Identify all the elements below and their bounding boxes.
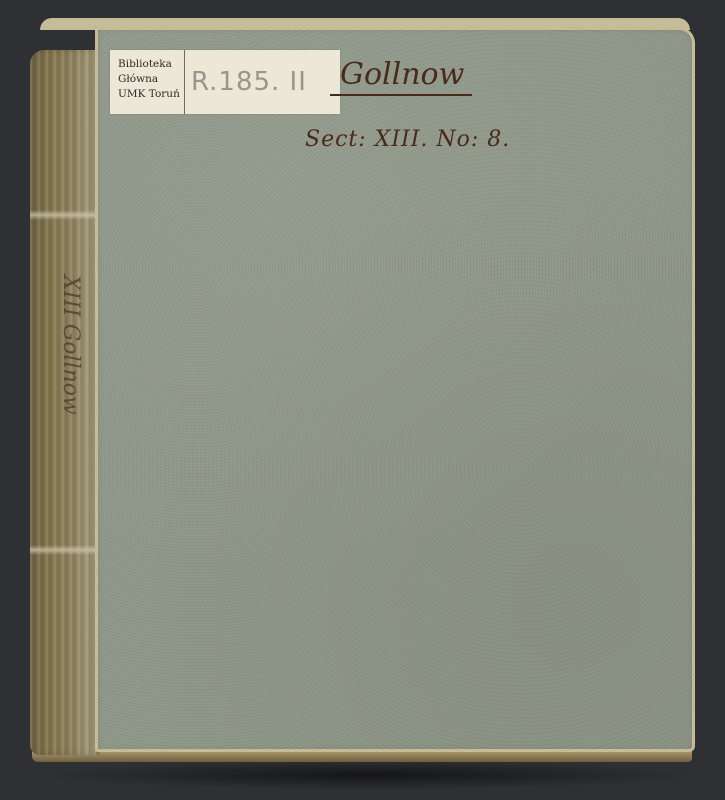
- spine-band: [30, 545, 100, 555]
- book-spine: XIII Gollnow: [30, 50, 100, 755]
- book-photo: XIII Gollnow Biblioteka Główna UMK Toruń…: [0, 0, 725, 800]
- spine-band: [30, 210, 100, 220]
- handwritten-section: Sect: XIII. No: 8.: [305, 127, 510, 152]
- stamp-line: UMK Toruń: [118, 87, 184, 102]
- library-stamp: Biblioteka Główna UMK Toruń: [110, 50, 185, 114]
- handwritten-title: Gollnow: [330, 56, 472, 96]
- library-label: Biblioteka Główna UMK Toruń R.185. II: [110, 50, 340, 114]
- stamp-line: Główna: [118, 72, 184, 87]
- book-shadow: [40, 760, 700, 790]
- shelfmark: R.185. II: [185, 50, 340, 114]
- spine-handwriting: XIII Gollnow: [58, 275, 83, 415]
- stamp-line: Biblioteka: [118, 57, 184, 72]
